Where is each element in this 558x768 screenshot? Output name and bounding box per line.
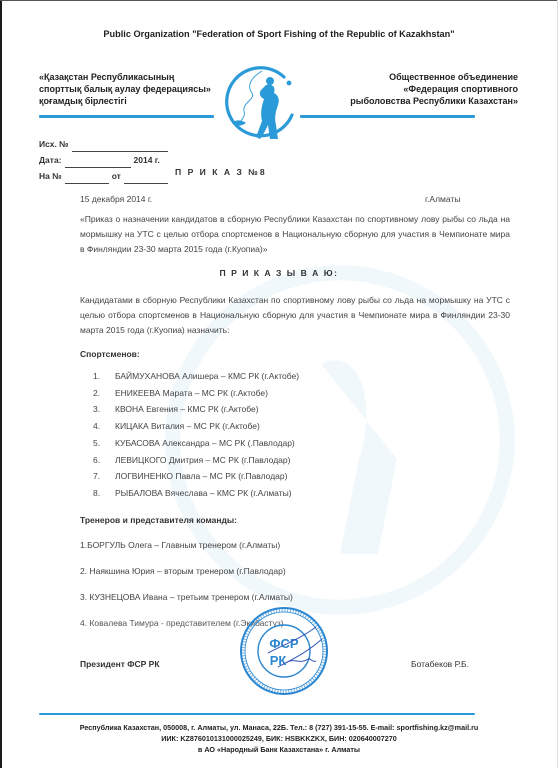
athlete-name: ЕНИКЕЕВА Марата – МС РК (г.Актобе) xyxy=(115,385,268,402)
reply-row: На № от xyxy=(39,168,171,184)
kazakh-name-line: спорттық балық аулау федерациясы» xyxy=(39,83,211,95)
item-number: 5. xyxy=(93,435,115,452)
outgoing-number-blank xyxy=(72,142,168,152)
athlete-name: КУБАСОВА Александра – МС РК (.Павлодар) xyxy=(115,435,295,452)
footer-address: Республика Казахстан, 050008, г. Алматы,… xyxy=(0,722,558,733)
russian-org-name: Общественное объединение «Федерация спор… xyxy=(350,71,518,107)
athlete-name: РЫБАЛОВА Вячеслава – КМС РК (г.Алматы) xyxy=(115,485,292,502)
item-number: 6. xyxy=(93,452,115,469)
russian-name-line: «Федерация спортивного xyxy=(350,83,518,95)
seal-text: ФСР xyxy=(269,636,298,651)
header-divider-right xyxy=(300,115,475,118)
item-number: 1. xyxy=(93,368,115,385)
order-date: 15 декабря 2014 г. xyxy=(80,194,152,204)
athletes-heading: Спортсменов: xyxy=(80,349,140,359)
item-number: 3. xyxy=(93,401,115,418)
date-label: Дата: xyxy=(39,152,62,168)
order-city: г.Алматы xyxy=(425,194,460,204)
footer-bank-ids: ИИК: KZ876010131000025249, БИК: HSBKKZKX… xyxy=(0,733,558,744)
russian-name-line: Общественное объединение xyxy=(350,71,518,83)
president-name: Ботабеков Р.Б. xyxy=(411,659,469,669)
date-year: 2014 г. xyxy=(134,152,160,168)
item-number: 2. xyxy=(93,385,115,402)
kazakh-name-line: қоғамдық бірлестігі xyxy=(39,95,211,107)
list-item: 6.ЛЕВИЦКОГО Дмитрия – МС РК (г.Павлодар) xyxy=(93,452,299,469)
item-number: 4. xyxy=(93,418,115,435)
outgoing-number-row: Исх. № xyxy=(39,136,171,152)
kazakh-name-line: «Қазақстан Республикасының xyxy=(39,71,211,83)
date-row: Дата: 2014 г. xyxy=(39,152,171,168)
athlete-name: ЛЕВИЦКОГО Дмитрия – МС РК (г.Павлодар) xyxy=(115,452,290,469)
footer-bank-name: в АО «Народный Банк Казахстана» г. Алмат… xyxy=(0,744,558,755)
registration-fields: Исх. № Дата: 2014 г. На № от xyxy=(39,136,171,184)
athlete-name: КВОНА Евгения – КМС РК (г.Актобе) xyxy=(115,401,259,418)
english-title: Public Organization "Federation of Sport… xyxy=(0,29,558,39)
reply-number-label: На № xyxy=(39,168,62,184)
list-item: 7.ЛОГВИНЕНКО Павла – МС РК (г.Павлодар) xyxy=(93,468,299,485)
item-number: 8. xyxy=(93,485,115,502)
coach-item: 3. КУЗНЕЦОВА Ивана – третьим тренером (г… xyxy=(80,592,293,602)
list-item: 5.КУБАСОВА Александра – МС РК (.Павлодар… xyxy=(93,435,299,452)
athlete-name: КИЦАКА Виталия – МС РК (г.Актобе) xyxy=(115,418,260,435)
reply-date-blank xyxy=(124,174,168,184)
coach-item: 1.БОРГУЛЬ Олега – Главным тренером (г.Ал… xyxy=(80,540,280,550)
official-seal-icon: ФСР РК xyxy=(238,605,330,697)
order-body: Кандидатами в сборную Республики Казахст… xyxy=(80,293,510,338)
footer-divider xyxy=(39,713,475,715)
reply-number-blank xyxy=(65,174,109,184)
list-item: 2.ЕНИКЕЕВА Марата – МС РК (г.Актобе) xyxy=(93,385,299,402)
coach-item: 2. Наякшина Юрия – вторым тренером (г.Па… xyxy=(80,566,286,576)
coaches-heading: Тренеров и представителя команды: xyxy=(80,515,237,525)
list-item: 8.РЫБАЛОВА Вячеслава – КМС РК (г.Алматы) xyxy=(93,485,299,502)
header-divider-left xyxy=(39,115,214,118)
order-title: П Р И К А З №8 xyxy=(175,167,267,177)
list-item: 3.КВОНА Евгения – КМС РК (г.Актобе) xyxy=(93,401,299,418)
reply-from-label: от xyxy=(112,168,121,184)
athletes-list: 1.БАЙМУХАНОВА Алишера – КМС РК (г.Актобе… xyxy=(93,368,299,502)
fisherman-logo-icon xyxy=(222,63,302,143)
order-command: П Р И К А З Ы В А Ю: xyxy=(0,268,558,278)
footer-contacts: Республика Казахстан, 050008, г. Алматы,… xyxy=(0,722,558,755)
item-number: 7. xyxy=(93,468,115,485)
kazakh-org-name: «Қазақстан Республикасының спорттық балы… xyxy=(39,71,211,107)
order-subject: «Приказ о назначении кандидатов в сборну… xyxy=(80,212,510,257)
russian-name-line: рыболовства Республики Казахстан» xyxy=(350,95,518,107)
scan-border xyxy=(0,0,2,768)
athlete-name: БАЙМУХАНОВА Алишера – КМС РК (г.Актобе) xyxy=(115,368,299,385)
date-blank xyxy=(65,158,131,168)
athlete-name: ЛОГВИНЕНКО Павла – МС РК (г.Павлодар) xyxy=(115,468,287,485)
list-item: 4.КИЦАКА Виталия – МС РК (г.Актобе) xyxy=(93,418,299,435)
president-label: Президент ФСР РК xyxy=(80,659,160,669)
list-item: 1.БАЙМУХАНОВА Алишера – КМС РК (г.Актобе… xyxy=(93,368,299,385)
scan-border xyxy=(0,0,558,1)
seal-text: РК xyxy=(270,653,287,668)
outgoing-number-label: Исх. № xyxy=(39,136,69,152)
